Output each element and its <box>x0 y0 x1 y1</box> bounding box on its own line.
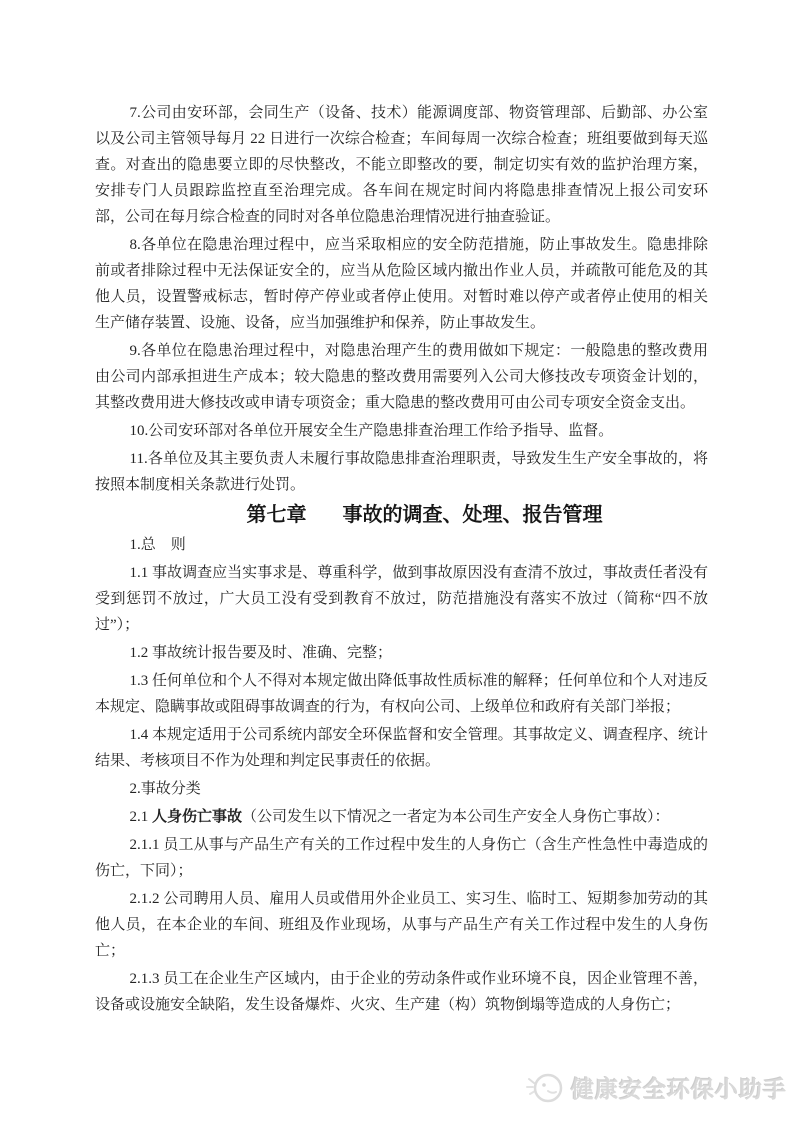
clause-7: 7.公司由安环部，会同生产（设备、技术）能源调度部、物资管理部、后勤部、办公室以… <box>95 100 708 230</box>
clause-2-1-number: 2.1 <box>130 809 153 825</box>
document-content: 7.公司由安环部，会同生产（设备、技术）能源调度部、物资管理部、后勤部、办公室以… <box>95 100 708 1020</box>
clause-2-1-3: 2.1.3 员工在企业生产区域内，由于企业的劳动条件或作业环境不良，因企业管理不… <box>95 966 708 1018</box>
clause-2-1-definition: （公司发生以下情况之一者定为本公司生产安全人身伤亡事故）： <box>242 809 670 825</box>
clause-8: 8.各单位在隐患治理过程中，应当采取相应的安全防范措施，防止事故发生。隐患排除前… <box>95 232 708 336</box>
chapter-number: 第七章 <box>247 504 307 526</box>
mascot-face-icon <box>521 1066 567 1108</box>
clause-2-1-2: 2.1.2 公司聘用人员、雇用人员或借用外企业员工、实习生、临时工、短期参加劳动… <box>95 886 708 964</box>
chapter-title: 事故的调查、处理、报告管理 <box>343 504 603 526</box>
clause-2-1-1: 2.1.1 员工从事与产品生产有关的工作过程中发生的人身伤亡（含生产性急性中毒造… <box>95 832 708 884</box>
watermark: 健康安全环保小助手 <box>521 1066 787 1108</box>
clause-2-1: 2.1 人身伤亡事故（公司发生以下情况之一者定为本公司生产安全人身伤亡事故）： <box>95 804 708 830</box>
clause-2-1-term: 人身伤亡事故 <box>152 809 242 825</box>
watermark-text: 健康安全环保小助手 <box>571 1071 787 1104</box>
rule-1-3: 1.3 任何单位和个人不得对本规定做出降低事故性质标准的解释；任何单位和个人对违… <box>95 668 708 720</box>
chapter-heading: 第七章事故的调查、处理、报告管理 <box>95 500 708 530</box>
general-rules-title: 1.总 则 <box>95 532 708 558</box>
rule-1-1: 1.1 事故调查应当实事求是、尊重科学，做到事故原因没有查清不放过，事故责任者没… <box>95 560 708 638</box>
document-page: 7.公司由安环部，会同生产（设备、技术）能源调度部、物资管理部、后勤部、办公室以… <box>0 0 793 1122</box>
rule-1-2: 1.2 事故统计报告要及时、准确、完整； <box>95 640 708 666</box>
clause-11: 11.各单位及其主要负责人未履行事故隐患排查治理职责，导致发生生产安全事故的，将… <box>95 446 708 498</box>
clause-10: 10.公司安环部对各单位开展安全生产隐患排查治理工作给予指导、监督。 <box>95 418 708 444</box>
rule-1-4: 1.4 本规定适用于公司系统内部安全环保监督和安全管理。其事故定义、调查程序、统… <box>95 722 708 774</box>
accident-classification-title: 2.事故分类 <box>95 776 708 802</box>
clause-9: 9.各单位在隐患治理过程中，对隐患治理产生的费用做如下规定：一般隐患的整改费用由… <box>95 338 708 416</box>
